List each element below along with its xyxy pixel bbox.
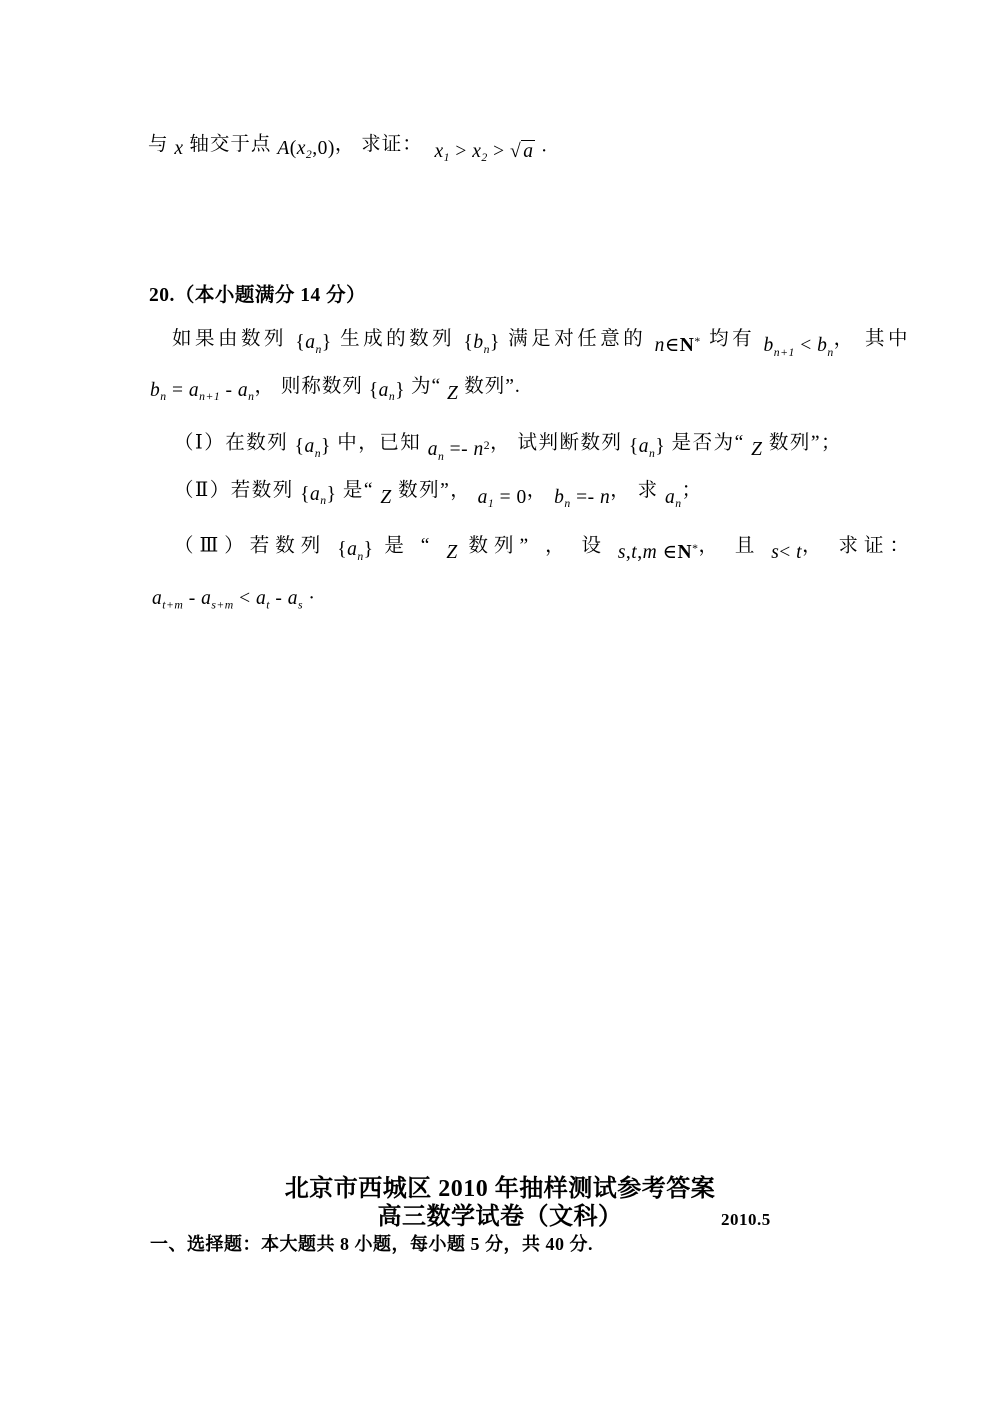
text-run: Z	[380, 487, 391, 508]
text-run: 数列” ， 设	[458, 535, 618, 556]
text-run: b	[473, 332, 483, 353]
text-run: 轴交于点	[184, 134, 278, 155]
text-run: a	[665, 487, 675, 508]
text-run: N	[680, 335, 695, 356]
question-20-part1-line: （Ⅰ）在数列 {an} 中，已知 an =- n2， 试判断数列 {an} 是否…	[174, 426, 842, 463]
text-run: b	[764, 335, 774, 356]
document-page: 与 x 轴交于点 A(x2,0)， 求证： x1 > x2 > √a · 20.…	[0, 0, 1000, 1415]
text-run: {	[300, 484, 310, 505]
text-run: {	[295, 332, 305, 353]
text-line-top-fragment: 与 x 轴交于点 A(x2,0)， 求证： x1 > x2 > √a ·	[148, 132, 548, 164]
text-run: n	[655, 335, 665, 356]
text-run: {	[337, 539, 347, 560]
text-run: ,0)	[312, 138, 335, 159]
text-run: n	[564, 497, 570, 510]
text-run: >	[488, 141, 510, 162]
question-20-intro-line: 如果由数列 {an} 生成的数列 {bn} 满足对任意的 n∈N* 均有 bn+…	[172, 322, 911, 359]
text-run: ， 求证：	[802, 535, 915, 556]
text-run: 数列”，	[392, 480, 478, 501]
text-run: √	[510, 141, 521, 162]
text-run: =-	[571, 487, 600, 508]
text-run: }	[364, 539, 374, 560]
text-run: ， 且	[698, 535, 771, 556]
text-run: N	[678, 542, 693, 563]
text-run: 生成的数列	[332, 328, 464, 349]
text-run: ， 求证：	[335, 134, 435, 155]
text-run: {	[295, 436, 305, 457]
text-run: ， 其中	[834, 328, 911, 349]
text-run: n	[316, 343, 322, 356]
text-run: a	[304, 436, 314, 457]
text-run: （Ⅰ）在数列	[174, 432, 295, 453]
text-run: a	[478, 487, 488, 508]
text-run: a	[379, 380, 389, 401]
question-20-part2-line: （Ⅱ）若数列 {an} 是“ Z 数列”， a1 = 0， bn =- n， 求…	[174, 478, 703, 510]
text-run: a	[310, 484, 320, 505]
text-run: 满足对任意的	[500, 328, 655, 349]
text-run: >	[450, 141, 472, 162]
text-run: ,	[637, 542, 642, 563]
text-run: a	[256, 588, 266, 609]
answer-key-title: 北京市西城区 2010 年抽样测试参考答案	[0, 1176, 1000, 1203]
text-run: -	[220, 380, 238, 401]
text-run: {	[464, 332, 474, 353]
text-run: 数列”；	[763, 432, 843, 453]
text-run: a	[428, 439, 438, 460]
text-run: x	[174, 138, 183, 159]
text-run: a	[639, 436, 649, 457]
question-20-definition-line: bn = an+1 - an， 则称数列 {an} 为“ Z 数列”.	[150, 374, 521, 406]
text-run: 中，已知	[331, 432, 428, 453]
text-run: ， 则称数列	[255, 376, 369, 397]
text-run: = 0	[494, 487, 527, 508]
text-run: a	[288, 588, 298, 609]
text-run: Z	[751, 439, 762, 460]
text-run: }	[655, 436, 665, 457]
text-run: a	[189, 380, 199, 401]
text-run: 数列”.	[458, 376, 520, 397]
section-1-heading: 一、选择题：本大题共 8 小题，每小题 5 分，共 40 分.	[150, 1233, 593, 1255]
text-run: x	[297, 138, 306, 159]
text-run: }	[395, 380, 405, 401]
text-run: 2	[481, 151, 487, 164]
text-run: a	[238, 380, 248, 401]
text-run: <	[234, 588, 256, 609]
text-run: n	[160, 390, 166, 403]
text-run: s+m	[211, 598, 233, 611]
text-run: ， 求	[610, 480, 665, 501]
text-run: *	[694, 335, 700, 348]
text-run: }	[321, 436, 331, 457]
text-run: 是 “	[374, 535, 447, 556]
paper-date: 2010.5	[721, 1210, 771, 1230]
text-run: Z	[446, 542, 457, 563]
text-run: =-	[444, 439, 473, 460]
text-run: =	[167, 380, 189, 401]
text-run: n	[248, 390, 254, 403]
text-run: <	[795, 335, 817, 356]
text-run: n+1	[199, 390, 220, 403]
text-run: Z	[447, 383, 458, 404]
text-run: （Ⅲ）若数列	[174, 535, 337, 556]
question-20-conclusion-line: at+m - as+m < at - as ·	[152, 586, 315, 618]
paper-subtitle: 高三数学试卷（文科）	[0, 1204, 1000, 1231]
text-run: }	[327, 484, 337, 505]
text-run: b	[150, 380, 160, 401]
text-run: 2	[484, 439, 490, 452]
text-run: n	[675, 497, 681, 510]
question-20-part3-line: （Ⅲ）若数列 {an} 是 “ Z 数列” ， 设 s,t,m ∈N*， 且 s…	[174, 529, 915, 566]
text-run: -	[183, 588, 201, 609]
text-run: 均有	[701, 328, 764, 349]
text-run: 与	[148, 134, 174, 155]
text-run: A	[277, 138, 289, 159]
text-run: n	[600, 487, 610, 508]
text-run: *	[692, 542, 698, 555]
text-run: 为“	[405, 376, 447, 397]
text-run: }	[322, 332, 332, 353]
text-run: {	[369, 380, 379, 401]
text-run: 是“	[336, 480, 380, 501]
text-run: ∈	[657, 542, 677, 563]
text-run: a	[347, 539, 357, 560]
text-run: {	[629, 436, 639, 457]
text-run: a	[521, 140, 535, 162]
text-run: t+m	[162, 598, 183, 611]
text-run: b	[817, 335, 827, 356]
text-run: n	[474, 439, 484, 460]
question-20-header: 20.（本小题满分 14 分）	[149, 283, 366, 309]
text-run: ·	[303, 588, 315, 609]
text-run: a	[152, 588, 162, 609]
text-run: 如果由数列	[172, 328, 295, 349]
text-run: s	[618, 542, 626, 563]
text-run: （Ⅱ）若数列	[174, 480, 300, 501]
text-run: a	[305, 332, 315, 353]
text-run: -	[270, 588, 288, 609]
text-run: ，	[527, 480, 554, 501]
text-run: a	[201, 588, 211, 609]
text-run: (	[290, 138, 297, 159]
text-run: n+1	[774, 346, 795, 359]
text-run: <	[779, 542, 796, 563]
text-run: t	[796, 542, 802, 563]
text-run: x	[435, 141, 444, 162]
text-run: ；	[682, 480, 703, 501]
text-run: b	[554, 487, 564, 508]
text-run: 是否为“	[665, 432, 751, 453]
text-run: m	[643, 542, 658, 563]
text-run: n	[357, 550, 363, 563]
text-run: ·	[535, 141, 547, 162]
text-run: }	[490, 332, 500, 353]
text-run: ， 试判断数列	[490, 432, 629, 453]
text-run: n	[320, 494, 326, 507]
text-run: n	[827, 346, 833, 359]
text-run: ∈	[665, 335, 680, 356]
